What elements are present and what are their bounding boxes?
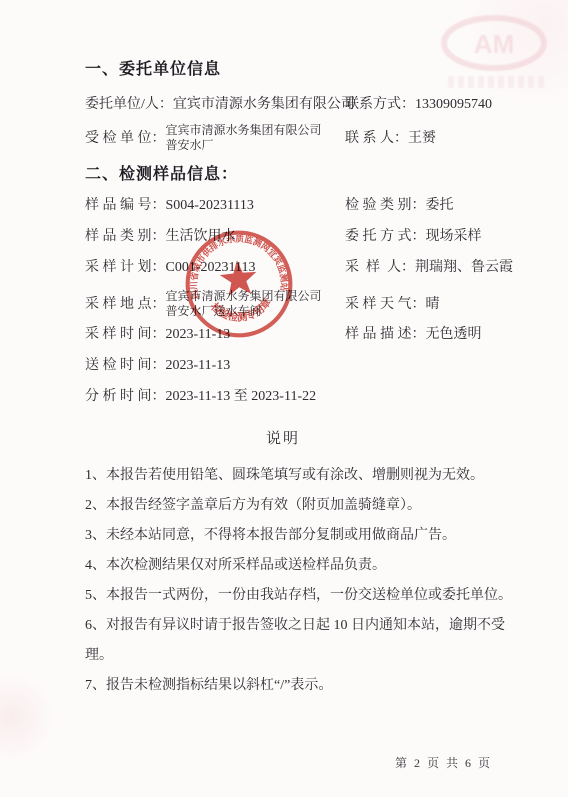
field-label: 委托单位/人：: [85, 95, 173, 114]
field-label: 受 检 单 位：: [85, 129, 166, 148]
field-row-inspected-unit: 受 检 单 位： 宜宾市清源水务集团有限公司 普安水厂 联 系 人： 王赟: [85, 123, 523, 153]
field-label: 采 样 计 划：: [85, 258, 166, 277]
field-value: S004-20231113: [166, 196, 254, 215]
field-label: 采 样 地 点：: [85, 295, 166, 314]
report-body: 一、委托单位信息 委托单位/人： 宜宾市清源水务集团有限公司 联系方式： 133…: [85, 56, 523, 418]
field-value: 荆瑞翔、鲁云霞: [415, 258, 513, 277]
field-label: 检 验 类 别：: [345, 196, 426, 215]
report-page: MA 一、委托单位信息 委托单位/人： 宜宾市清源水务集团有限公司 联系方式： …: [0, 0, 568, 797]
field-value-line1: 宜宾市清源水务集团有限公司: [166, 123, 322, 138]
field-value: C001-20231113: [166, 258, 256, 277]
note-item-7: 7、报告未检测指标结果以斜杠“/”表示。: [85, 671, 527, 701]
field-value: 生活饮用水: [166, 227, 236, 246]
notes-title: 说明: [64, 430, 502, 449]
field-row-sampling-site: 采 样 地 点： 宜宾市清源水务集团有限公司 普安水厂送水车间 采 样 天 气：…: [85, 289, 523, 319]
field-label: 联系方式：: [345, 95, 415, 114]
field-value-line2: 普安水厂送水车间: [166, 304, 322, 319]
note-item-5: 5、本报告一式两份，一份由我站存档，一份交送检单位或委托单位。: [85, 581, 527, 611]
field-value-line2: 普安水厂: [166, 138, 322, 153]
field-label: 样 品 类 别：: [85, 227, 166, 246]
cma-letters: MA: [474, 29, 515, 59]
field-label: 送 检 时 间：: [85, 356, 166, 375]
note-item-1: 1、本报告若使用铅笔、圆珠笔填写或有涂改、增删则视为无效。: [85, 461, 527, 491]
field-row-sample-type: 样 品 类 别： 生活饮用水 委 托 方 式： 现场采样: [85, 227, 523, 246]
field-value: 2023-11-13: [166, 356, 231, 375]
notes-section: 说明 1、本报告若使用铅笔、圆珠笔填写或有涂改、增删则视为无效。 2、本报告经签…: [85, 430, 527, 701]
field-label: 采 样 天 气：: [345, 295, 426, 314]
note-item-2: 2、本报告经签字盖章后方为有效（附页加盖骑缝章）。: [85, 491, 527, 521]
field-label: 样 品 描 述：: [345, 325, 426, 344]
field-value: 2023-11-13 至 2023-11-22: [166, 387, 317, 406]
field-label: 分 析 时 间：: [85, 387, 166, 406]
field-row-analysis-time: 分 析 时 间： 2023-11-13 至 2023-11-22: [85, 387, 523, 406]
field-row-sample-no: 样 品 编 号： S004-20231113 检 验 类 别： 委托: [85, 196, 523, 215]
field-value: 委托: [426, 196, 454, 215]
field-value: 晴: [426, 295, 440, 314]
field-row-client: 委托单位/人： 宜宾市清源水务集团有限公司 联系方式： 13309095740: [85, 95, 523, 114]
field-row-delivery-time: 送 检 时 间： 2023-11-13: [85, 356, 523, 375]
field-value: 2023-11-13: [166, 325, 231, 344]
field-value: 13309095740: [415, 95, 492, 114]
note-item-3: 3、未经本站同意，不得将本报告部分复制或用做商品广告。: [85, 521, 527, 551]
note-item-6: 6、对报告有异议时请于报告签收之日起 10 日内通知本站，逾期不受理。: [85, 611, 527, 671]
section-title-client-info: 一、委托单位信息: [85, 56, 523, 79]
field-value-line1: 宜宾市清源水务集团有限公司: [166, 289, 322, 304]
section-title-sample-info: 二、检测样品信息：: [85, 161, 523, 184]
field-label: 采 样 时 间：: [85, 325, 166, 344]
field-label: 委 托 方 式：: [345, 227, 426, 246]
field-value: 无色透明: [426, 325, 482, 344]
field-value: 现场采样: [426, 227, 482, 246]
field-row-sampling-time: 采 样 时 间： 2023-11-13 样 品 描 述： 无色透明: [85, 325, 523, 344]
note-item-4: 4、本次检测结果仅对所采样品或送检样品负责。: [85, 551, 527, 581]
field-label: 样 品 编 号：: [85, 196, 166, 215]
field-row-sampling-plan: 采 样 计 划： C001-20231113 采 样 人： 荆瑞翔、鲁云霞: [85, 258, 523, 277]
field-label: 采 样 人：: [345, 258, 415, 277]
field-value: 王赟: [408, 129, 436, 148]
field-label: 联 系 人：: [345, 129, 408, 148]
field-value: 宜宾市清源水务集团有限公司: [173, 95, 355, 114]
page-number: 第 2 页 共 6 页: [395, 754, 492, 771]
